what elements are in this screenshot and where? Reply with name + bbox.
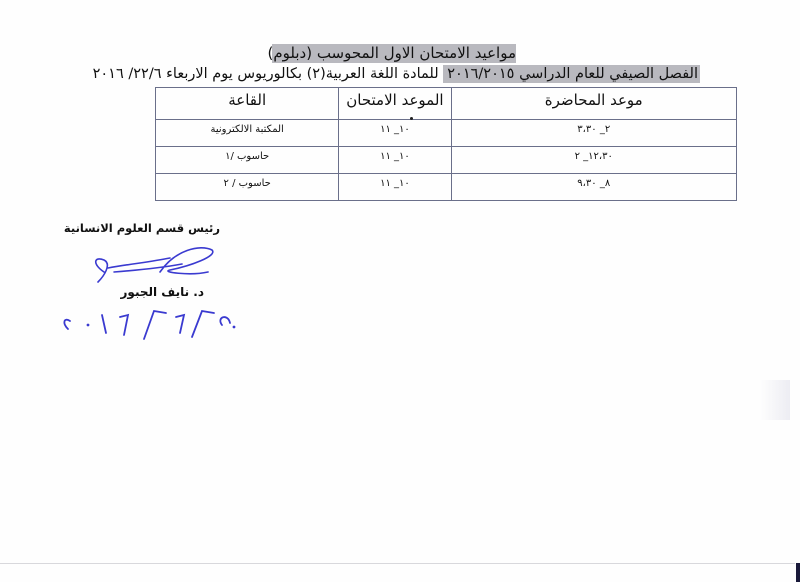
- table-row: ٢_ ٣،٣٠ ١٠_ ١١ المكتبة الالكترونية: [156, 120, 737, 147]
- signatory-name: د. نايف الجبور: [104, 285, 204, 299]
- handwritten-signature-icon: [90, 242, 220, 290]
- cell-exam-time: ١٠_ ١١: [339, 174, 451, 201]
- cell-exam-time: ١٠_ ١١: [339, 120, 451, 147]
- cell-room: حاسوب /١: [156, 147, 339, 174]
- handwritten-date-icon: [58, 303, 238, 343]
- cell-lecture-time: ٨_ ٩،٣٠: [451, 174, 736, 201]
- cell-lecture-time: ١٢،٣٠_ ٢: [451, 147, 736, 174]
- subtitle-term: الفصل الصيفي للعام الدراسي ٢٠١٦/٢٠١٥: [443, 65, 700, 83]
- exam-schedule-table: موعد المحاضرة الموعد الامتحان القاعة ٢_ …: [155, 87, 737, 201]
- table-row: ١٢،٣٠_ ٢ ١٠_ ١١ حاسوب /١: [156, 147, 737, 174]
- department-head-title: رئيس قسم العلوم الانسانية: [88, 221, 220, 235]
- subtitle-course-date: للمادة اللغة العربية(٢) بكالوريوس يوم ال…: [93, 66, 444, 82]
- table-header-row: موعد المحاضرة الموعد الامتحان القاعة: [156, 88, 737, 120]
- cell-lecture-time: ٢_ ٣،٣٠: [451, 120, 736, 147]
- document-title: مواعيد الامتحان الاول المحوسب (دبلوم): [272, 44, 516, 63]
- header-room: القاعة: [156, 88, 339, 120]
- scan-shadow: [760, 380, 790, 420]
- cell-room: المكتبة الالكترونية: [156, 120, 339, 147]
- header-lecture-time: موعد المحاضرة: [451, 88, 736, 120]
- table-row: ٨_ ٩،٣٠ ١٠_ ١١ حاسوب / ٢: [156, 174, 737, 201]
- stray-ink-dot: [410, 117, 413, 120]
- header-exam-time: الموعد الامتحان: [339, 88, 451, 120]
- scan-corner-mark: [796, 563, 800, 582]
- document-subtitle: الفصل الصيفي للعام الدراسي ٢٠١٦/٢٠١٥ للم…: [88, 64, 700, 85]
- scan-edge-line: [0, 563, 795, 564]
- cell-exam-time: ١٠_ ١١: [339, 147, 451, 174]
- cell-room: حاسوب / ٢: [156, 174, 339, 201]
